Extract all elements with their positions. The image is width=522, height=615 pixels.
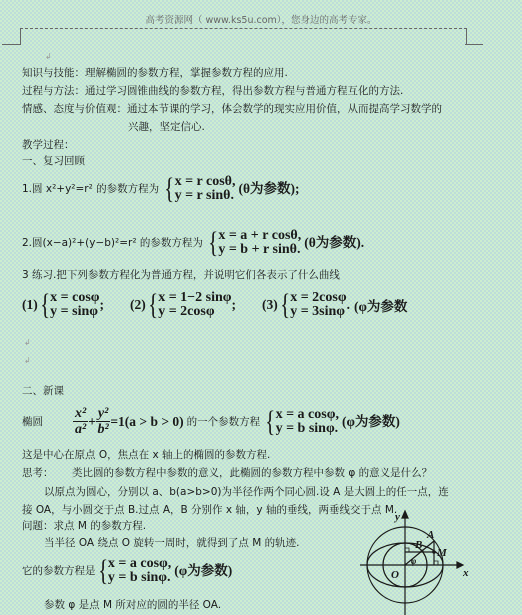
param-meaning: 参数 φ 是点 M 所对应的圆的半径 OA. (44, 598, 221, 612)
paragraph-mark: ↲ (45, 52, 52, 61)
label-phi: φ (411, 556, 416, 566)
think-label: 思考： (22, 466, 54, 480)
param-prefix: 它的参数方程是 (22, 564, 96, 578)
ellipse-description: 这是中心在原点 O，焦点在 x 轴上的椭圆的参数方程. (22, 448, 270, 462)
equation-system: { x = a cosφ, y = b sinφ. (263, 407, 339, 437)
equation-line: x = a + r cosθ, (218, 229, 301, 243)
equation-system: { x = a + r cosθ, y = b + r sinθ. (206, 228, 301, 258)
equation-system: { x = r cosθ, y = r sinθ. (162, 174, 235, 204)
ellipse-construction-figure: y x O A B M φ (355, 508, 522, 615)
equation-system: { x = a cosφ, y = b sinφ. (96, 556, 172, 586)
equation-line: x = 2cosφ (290, 291, 346, 305)
header-rule-right (465, 44, 483, 45)
label-y: y (393, 511, 400, 523)
label-M: M (436, 547, 448, 559)
equation-line: y = b + r sinθ. (218, 243, 301, 257)
equation-line: y = r sinθ. (175, 189, 236, 203)
exercise-3-label: (3) (262, 297, 278, 313)
equation-line: y = 3sinφ (290, 305, 346, 319)
review-item-2: 2.圆(x−a)²+(y−b)²=r² 的参数方程为 { x = a + r c… (22, 228, 364, 258)
brace: { (208, 228, 218, 258)
equation-line: x = cosφ (50, 291, 99, 305)
label-B: B (414, 539, 422, 551)
equation-line: y = sinφ (50, 305, 99, 319)
exercise-3-system: { x = 2cosφ y = 3sinφ (278, 290, 347, 320)
equation-line: x = r cosθ, (175, 175, 236, 189)
header-rule-left (2, 44, 20, 45)
punctuation: ; (100, 297, 105, 313)
exercise-2-label: (2) (130, 297, 146, 313)
label-x: x (462, 567, 469, 579)
teaching-process-title: 教学过程： (22, 138, 75, 152)
review-item-1: 1.圆 x²+y²=r² 的参数方程为 { x = r cosθ, y = r … (22, 174, 300, 204)
equation-line: x = 1−2 sinφ (158, 291, 231, 305)
construction-line2: 接 OA，与小圆交于点 B.过点 A，B 分别作 x 轴，y 轴的垂线，两垂线交… (22, 503, 397, 517)
label-A: A (426, 529, 434, 541)
equation-tail: =1(a > b > 0) (110, 415, 183, 429)
header-rule (20, 28, 467, 45)
paragraph-mark: ↲ (24, 338, 31, 347)
equation-line: y = b sinφ. (108, 571, 171, 585)
objective-emotion-line1: 情感、态度与价值观：通过本节课的学习，体会数学的现实应用价值，从而提高学习数学的 (22, 102, 442, 116)
question: 问题：求点 M 的参数方程. (22, 519, 146, 533)
page-header-site-text: 高考资源网（ www.ks5u.com），您身边的高考专家。 (0, 12, 522, 26)
exercise-1-system: { x = cosφ y = sinφ (38, 290, 100, 320)
review-item-1-prefix: 1.圆 x²+y²=r² 的参数方程为 (22, 182, 159, 196)
mid-text: 的一个参数方程 (187, 415, 261, 429)
objective-knowledge: 知识与技能：理解椭圆的参数方程，掌握参数方程的应用. (22, 66, 288, 80)
construction-line1: 以原点为圆心，分别以 a、b(a>b>0)为半径作两个同心圆.设 A 是大圆上的… (44, 485, 449, 499)
exercise-2-system: { x = 1−2 sinφ y = 2cosφ (146, 290, 232, 320)
parameter-note: (φ为参数 (354, 295, 407, 315)
equation-line: y = 2cosφ (158, 305, 231, 319)
parameter-note: (φ为参数) (342, 415, 400, 429)
ellipse-definition: 椭圆 x² a² + y² b² =1(a > b > 0) 的一个参数方程 {… (22, 406, 400, 437)
exercise-list: (1) { x = cosφ y = sinφ ; (2) { x = 1−2 … (22, 290, 407, 320)
label-O: O (391, 569, 399, 581)
fraction-y: y² b² (96, 406, 110, 437)
ellipse-label: 椭圆 (22, 415, 43, 429)
equation-line: y = b sinφ. (276, 422, 339, 436)
fraction-x: x² a² (73, 406, 88, 437)
punctuation: ; (232, 297, 237, 313)
equation-line: x = a cosφ, (108, 557, 171, 571)
exercise-prompt: 3 练习.把下列参数方程化为普通方程，并说明它们各表示了什么曲线 (22, 268, 340, 282)
review-heading: 一、复习回顾 (22, 154, 85, 168)
parameter-note: (θ为参数); (239, 182, 300, 196)
parameter-note: (θ为参数). (304, 236, 364, 250)
equation-line: x = a cosφ, (276, 408, 339, 422)
think-text: 类比圆的参数方程中参数的意义，此椭圆的参数方程中参数 φ 的意义是什么？ (72, 466, 432, 480)
objective-emotion-line2: 兴趣，坚定信心. (128, 120, 205, 134)
exercise-1-label: (1) (22, 297, 38, 313)
review-item-2-prefix: 2.圆(x−a)²+(y−b)²=r² 的参数方程为 (22, 236, 203, 250)
plus: + (88, 415, 96, 429)
param-equation: 它的参数方程是 { x = a cosφ, y = b sinφ. (φ为参数) (22, 556, 232, 586)
brace: { (164, 174, 174, 204)
y-axis-arrow-icon (402, 511, 408, 518)
objective-process: 过程与方法：通过学习圆锥曲线的参数方程，得出参数方程与普通方程互化的方法. (22, 84, 403, 98)
paragraph-mark: ↲ (24, 356, 31, 365)
new-lesson-heading: 二、新课 (22, 384, 64, 398)
parameter-note: (φ为参数) (174, 564, 232, 578)
rotation-text: 当半径 OA 绕点 O 旋转一周时，就得到了点 M 的轨迹. (44, 536, 299, 550)
punctuation: . (347, 297, 350, 313)
